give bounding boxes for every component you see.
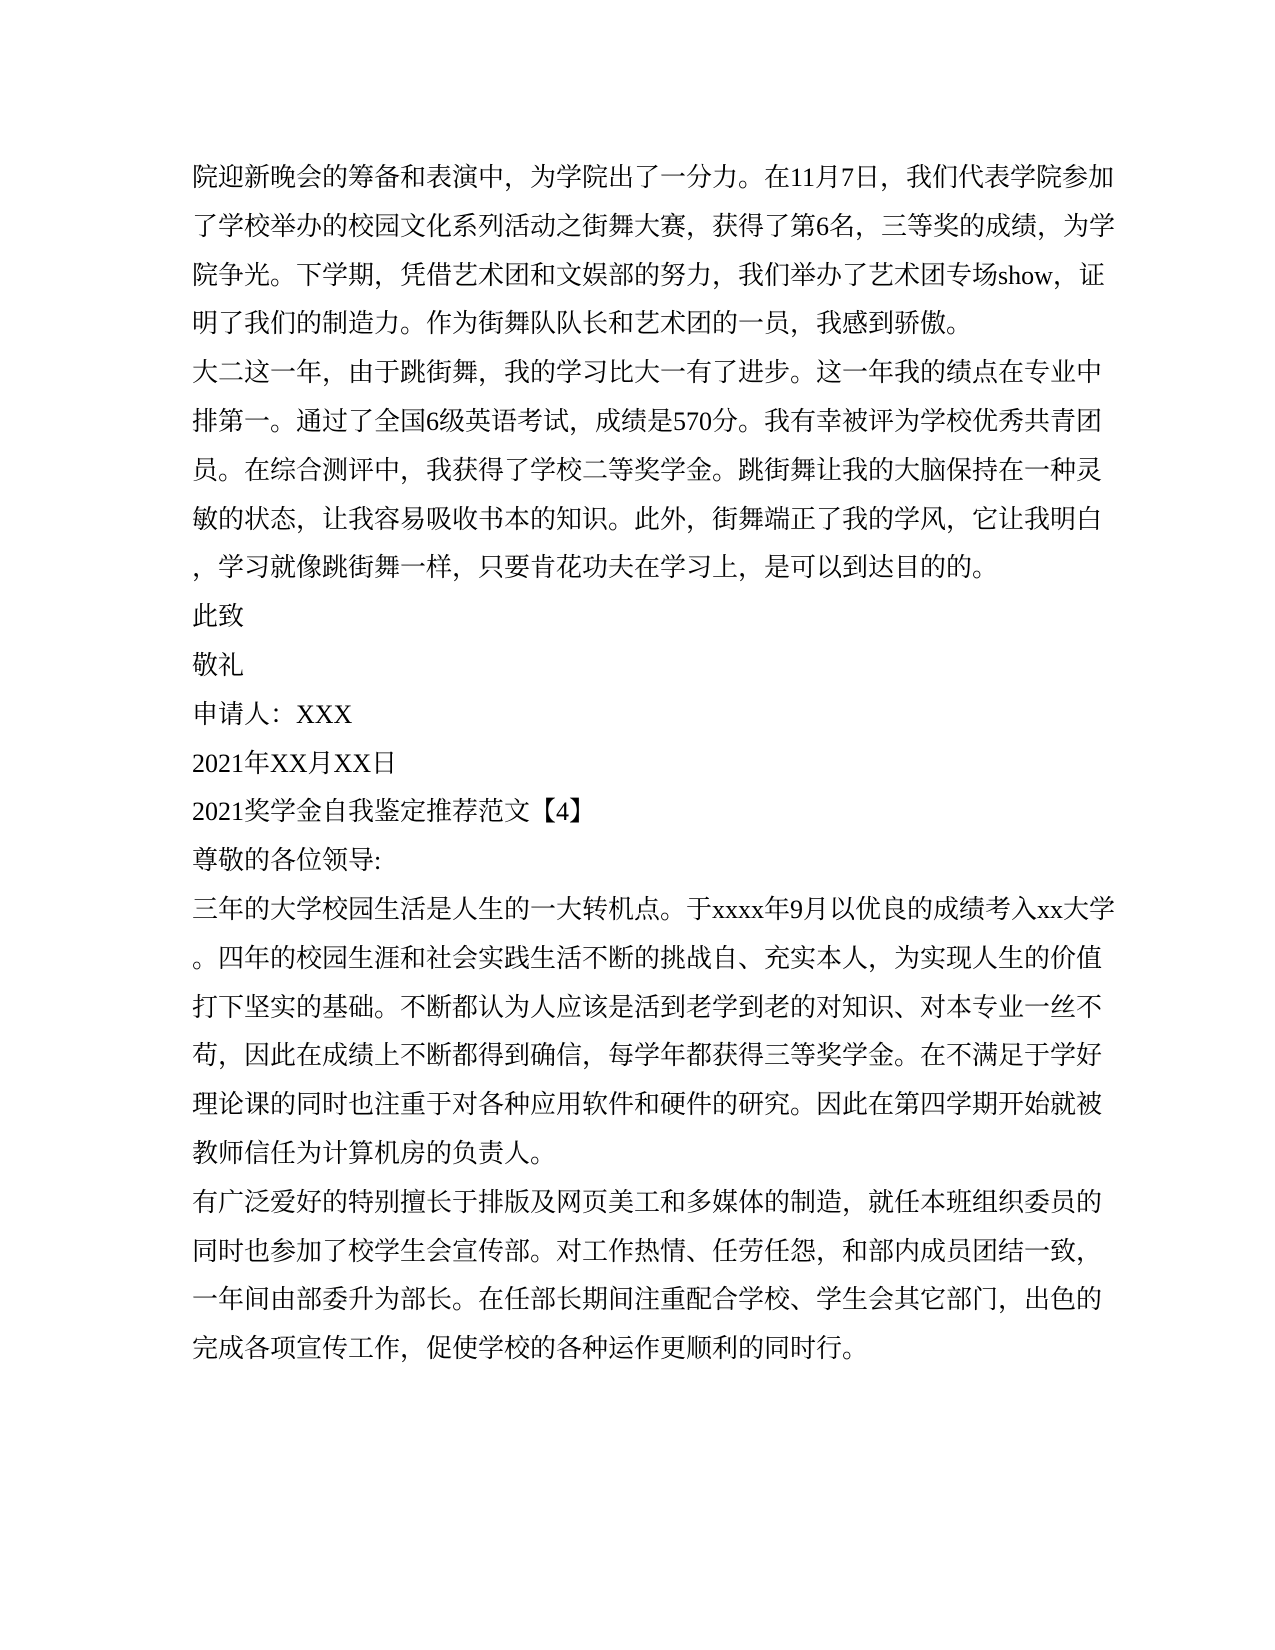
- text-line-12: 申请人：XXX: [192, 691, 1122, 740]
- text-line-4: 明了我们的制造力。作为街舞队队长和艺术团的一员，我感到骄傲。: [192, 300, 1122, 349]
- text-line-21: 教师信任为计算机房的负责人。: [192, 1130, 1122, 1179]
- text-line-18: 打下坚实的基础。不断都认为人应该是活到老学到老的对知识、对本专业一丝不: [192, 984, 1122, 1033]
- text-line-22: 有广泛爱好的特别擅长于排版及网页美工和多媒体的制造，就任本班组织委员的: [192, 1179, 1122, 1228]
- text-line-17: 。四年的校园生涯和社会实践生活不断的挑战自、充实本人，为实现人生的价值: [192, 935, 1122, 984]
- text-line-6: 排第一。通过了全国6级英语考试，成绩是570分。我有幸被评为学校优秀共青团: [192, 398, 1122, 447]
- text-line-7: 员。在综合测评中，我获得了学校二等奖学金。跳街舞让我的大脑保持在一种灵: [192, 447, 1122, 496]
- text-line-16: 三年的大学校园生活是人生的一大转机点。于xxxx年9月以优良的成绩考入xx大学: [192, 886, 1122, 935]
- text-line-25: 完成各项宣传工作，促使学校的各种运作更顺利的同时行。: [192, 1325, 1122, 1374]
- text-line-11: 敬礼: [192, 642, 1122, 691]
- text-line-20: 理论课的同时也注重于对各种应用软件和硬件的研究。因此在第四学期开始就被: [192, 1081, 1122, 1130]
- text-line-15: 尊敬的各位领导:: [192, 837, 1122, 886]
- text-line-9: ，学习就像跳街舞一样，只要肯花功夫在学习上，是可以到达目的的。: [192, 544, 1122, 593]
- text-line-1: 院迎新晚会的筹备和表演中，为学院出了一分力。在11月7日，我们代表学院参加: [192, 154, 1122, 203]
- text-line-10: 此致: [192, 593, 1122, 642]
- text-line-5: 大二这一年，由于跳街舞，我的学习比大一有了进步。这一年我的绩点在专业中: [192, 349, 1122, 398]
- text-line-24: 一年间由部委升为部长。在任部长期间注重配合学校、学生会其它部门，出色的: [192, 1276, 1122, 1325]
- text-line-23: 同时也参加了校学生会宣传部。对工作热情、任劳任怨，和部内成员团结一致，: [192, 1228, 1122, 1277]
- text-line-14: 2021奖学金自我鉴定推荐范文【4】: [192, 788, 1122, 837]
- text-line-19: 苟，因此在成绩上不断都得到确信，每学年都获得三等奖学金。在不满足于学好: [192, 1032, 1122, 1081]
- text-line-3: 院争光。下学期，凭借艺术团和文娱部的努力，我们举办了艺术团专场show，证: [192, 252, 1122, 301]
- text-line-2: 了学校举办的校园文化系列活动之街舞大赛，获得了第6名，三等奖的成绩，为学: [192, 203, 1122, 252]
- document-page: 院迎新晚会的筹备和表演中，为学院出了一分力。在11月7日，我们代表学院参加了学校…: [0, 0, 1275, 1650]
- text-line-8: 敏的状态，让我容易吸收书本的知识。此外，街舞端正了我的学风，它让我明白: [192, 496, 1122, 545]
- document-text-block: 院迎新晚会的筹备和表演中，为学院出了一分力。在11月7日，我们代表学院参加了学校…: [192, 154, 1122, 1374]
- text-line-13: 2021年XX月XX日: [192, 740, 1122, 789]
